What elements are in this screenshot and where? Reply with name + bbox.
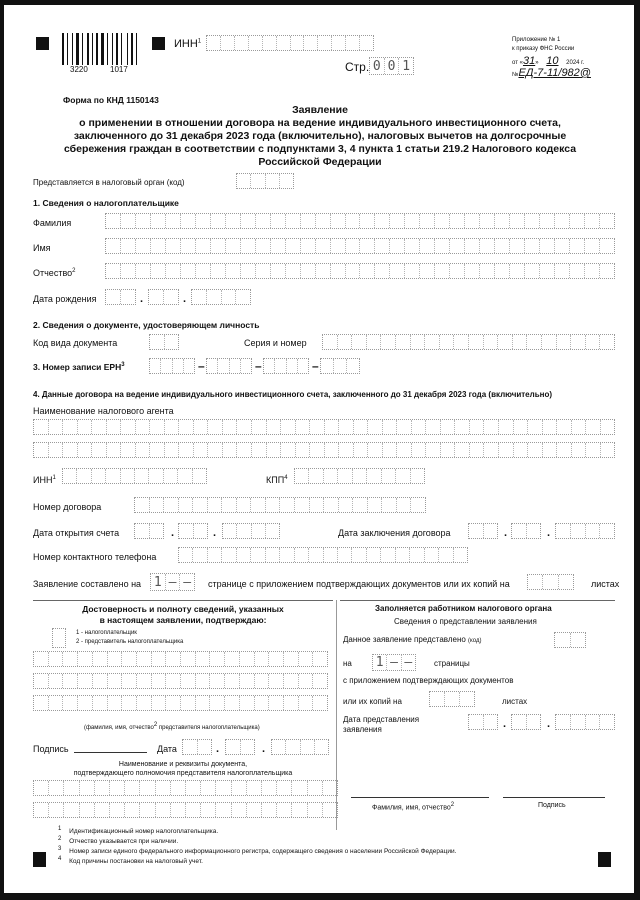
- input-cell[interactable]: [216, 803, 231, 817]
- input-cell[interactable]: [269, 652, 284, 666]
- input-cell[interactable]: [193, 469, 206, 483]
- submission-method-field[interactable]: [554, 632, 586, 648]
- submission-day-field[interactable]: [468, 714, 498, 730]
- input-cell[interactable]: [396, 335, 411, 349]
- input-cell[interactable]: [34, 420, 49, 434]
- input-cell[interactable]: [425, 548, 439, 562]
- input-cell[interactable]: [585, 214, 600, 228]
- series-number-field[interactable]: [322, 334, 615, 350]
- input-cell[interactable]: [316, 214, 331, 228]
- input-cell[interactable]: [338, 469, 352, 483]
- input-cell[interactable]: [263, 36, 277, 50]
- input-cell[interactable]: [49, 781, 64, 795]
- input-cell[interactable]: [63, 696, 78, 710]
- input-cell[interactable]: [465, 239, 480, 253]
- input-cell[interactable]: [555, 239, 570, 253]
- agent-name-field-row-2[interactable]: [33, 442, 615, 458]
- input-cell[interactable]: [281, 443, 296, 457]
- input-cell[interactable]: [346, 36, 360, 50]
- input-cell[interactable]: [271, 264, 286, 278]
- doc-code-field[interactable]: [149, 334, 179, 350]
- input-cell[interactable]: [324, 498, 339, 512]
- input-cell[interactable]: [346, 264, 361, 278]
- input-cell[interactable]: [34, 443, 49, 457]
- representative-fio-row-1[interactable]: [33, 651, 328, 667]
- contract-year-field[interactable]: [555, 523, 615, 539]
- input-cell[interactable]: [315, 740, 328, 754]
- account-open-year-field[interactable]: [222, 523, 280, 539]
- input-cell[interactable]: [223, 420, 238, 434]
- input-cell[interactable]: [236, 290, 250, 304]
- input-cell[interactable]: [339, 498, 354, 512]
- input-cell[interactable]: [277, 803, 292, 817]
- input-cell[interactable]: [122, 696, 137, 710]
- input-cell[interactable]: [136, 420, 151, 434]
- input-cell[interactable]: [298, 359, 308, 373]
- input-cell[interactable]: [225, 696, 240, 710]
- input-cell[interactable]: [151, 264, 166, 278]
- input-cell[interactable]: [92, 420, 107, 434]
- input-cell[interactable]: [555, 633, 571, 647]
- input-cell[interactable]: [601, 443, 615, 457]
- input-cell[interactable]: [269, 674, 284, 688]
- input-cell[interactable]: [150, 359, 161, 373]
- input-cell[interactable]: [266, 174, 280, 188]
- input-cell[interactable]: [469, 335, 484, 349]
- input-cell[interactable]: [396, 548, 410, 562]
- input-cell[interactable]: [470, 420, 485, 434]
- input-cell[interactable]: [528, 420, 543, 434]
- input-cell[interactable]: [183, 740, 198, 754]
- input-cell[interactable]: [135, 524, 150, 538]
- input-cell[interactable]: [237, 420, 252, 434]
- input-cell[interactable]: [600, 715, 614, 729]
- input-cell[interactable]: [352, 335, 367, 349]
- input-cell[interactable]: [397, 498, 412, 512]
- representative-fio-row-3[interactable]: [33, 695, 328, 711]
- input-cell[interactable]: [208, 443, 223, 457]
- input-cell[interactable]: [223, 443, 238, 457]
- input-cell[interactable]: [121, 420, 136, 434]
- input-cell[interactable]: [556, 524, 571, 538]
- input-cell[interactable]: [249, 36, 263, 50]
- input-cell[interactable]: [586, 443, 601, 457]
- input-cell[interactable]: [49, 696, 64, 710]
- input-cell[interactable]: [390, 214, 405, 228]
- input-cell[interactable]: [211, 214, 226, 228]
- input-cell[interactable]: [80, 781, 95, 795]
- input-cell[interactable]: [252, 443, 267, 457]
- name-field[interactable]: [105, 238, 615, 254]
- input-cell[interactable]: [106, 264, 121, 278]
- input-cell[interactable]: [107, 443, 122, 457]
- input-cell[interactable]: [338, 335, 353, 349]
- input-cell[interactable]: 0: [385, 58, 400, 74]
- input-cell[interactable]: [49, 803, 64, 817]
- input-cell[interactable]: [420, 239, 435, 253]
- input-cell[interactable]: [292, 803, 307, 817]
- input-cell[interactable]: [247, 803, 262, 817]
- input-cell[interactable]: [440, 335, 455, 349]
- input-cell[interactable]: [208, 548, 222, 562]
- input-cell[interactable]: [64, 803, 79, 817]
- input-cell[interactable]: [149, 290, 164, 304]
- input-cell[interactable]: [207, 359, 218, 373]
- input-cell[interactable]: [221, 36, 235, 50]
- input-cell[interactable]: [122, 674, 137, 688]
- account-open-month-field[interactable]: [178, 523, 208, 539]
- signature-line[interactable]: [74, 752, 147, 753]
- input-cell[interactable]: [571, 335, 586, 349]
- input-cell[interactable]: [198, 740, 212, 754]
- input-cell[interactable]: [237, 498, 252, 512]
- input-cell[interactable]: [347, 359, 359, 373]
- input-cell[interactable]: [405, 264, 420, 278]
- input-cell[interactable]: [382, 498, 397, 512]
- input-cell[interactable]: [390, 239, 405, 253]
- signature-year-field[interactable]: [271, 739, 329, 755]
- input-cell[interactable]: [150, 420, 165, 434]
- input-cell[interactable]: [156, 781, 171, 795]
- input-cell[interactable]: [232, 803, 247, 817]
- input-cell[interactable]: [135, 498, 150, 512]
- input-cell[interactable]: [108, 652, 123, 666]
- signer-type-field[interactable]: [52, 628, 66, 648]
- input-cell[interactable]: [137, 652, 152, 666]
- input-cell[interactable]: [80, 803, 95, 817]
- input-cell[interactable]: [93, 652, 108, 666]
- input-cell[interactable]: [226, 740, 241, 754]
- input-cell[interactable]: [179, 420, 194, 434]
- input-cell[interactable]: [559, 575, 573, 589]
- input-cell[interactable]: [420, 264, 435, 278]
- input-cell[interactable]: [78, 674, 93, 688]
- input-cell[interactable]: [267, 420, 282, 434]
- input-cell[interactable]: [179, 524, 194, 538]
- submission-year-field[interactable]: [555, 714, 615, 730]
- input-cell[interactable]: [600, 335, 614, 349]
- input-cell[interactable]: [241, 239, 256, 253]
- input-cell[interactable]: [186, 803, 201, 817]
- input-cell[interactable]: [454, 335, 469, 349]
- input-cell[interactable]: [269, 696, 284, 710]
- input-cell[interactable]: [313, 674, 327, 688]
- input-cell[interactable]: [93, 674, 108, 688]
- authority-doc-row-1[interactable]: [33, 780, 338, 796]
- input-cell[interactable]: [108, 696, 123, 710]
- input-cell[interactable]: [528, 443, 543, 457]
- input-cell[interactable]: [106, 239, 121, 253]
- input-cell[interactable]: [382, 469, 396, 483]
- input-cell[interactable]: [542, 335, 557, 349]
- input-cell[interactable]: [495, 214, 510, 228]
- agent-kpp-field[interactable]: [294, 468, 425, 484]
- input-cell[interactable]: [309, 469, 323, 483]
- input-cell[interactable]: [360, 36, 373, 50]
- input-cell[interactable]: [137, 674, 152, 688]
- input-cell[interactable]: [480, 264, 495, 278]
- input-cell[interactable]: [266, 498, 281, 512]
- input-cell[interactable]: [286, 214, 301, 228]
- input-cell[interactable]: [321, 359, 334, 373]
- input-cell[interactable]: [166, 674, 181, 688]
- input-cell[interactable]: [346, 239, 361, 253]
- input-cell[interactable]: [334, 359, 347, 373]
- input-cell[interactable]: [152, 652, 167, 666]
- input-cell[interactable]: [194, 420, 209, 434]
- input-cell[interactable]: [193, 498, 208, 512]
- input-cell[interactable]: [367, 548, 381, 562]
- input-cell[interactable]: [441, 420, 456, 434]
- input-cell[interactable]: [284, 652, 299, 666]
- office-pages-field[interactable]: 1––: [372, 654, 416, 671]
- input-cell[interactable]: [450, 214, 465, 228]
- input-cell[interactable]: [390, 264, 405, 278]
- input-cell[interactable]: [484, 335, 499, 349]
- input-cell[interactable]: [92, 443, 107, 457]
- input-cell[interactable]: [156, 803, 171, 817]
- input-cell[interactable]: [383, 420, 398, 434]
- input-cell[interactable]: [514, 420, 529, 434]
- input-cell[interactable]: [196, 214, 211, 228]
- input-cell[interactable]: [480, 214, 495, 228]
- input-cell[interactable]: [430, 692, 445, 706]
- tax-authority-code-field[interactable]: [236, 173, 294, 189]
- input-cell[interactable]: [570, 214, 585, 228]
- input-cell[interactable]: [527, 715, 541, 729]
- input-cell[interactable]: [295, 498, 310, 512]
- input-cell[interactable]: [121, 214, 136, 228]
- input-cell[interactable]: [166, 696, 181, 710]
- input-cell[interactable]: [235, 36, 249, 50]
- input-cell[interactable]: [296, 443, 311, 457]
- input-cell[interactable]: [450, 239, 465, 253]
- input-cell[interactable]: [110, 781, 125, 795]
- input-cell[interactable]: [543, 575, 558, 589]
- input-cell[interactable]: [540, 214, 555, 228]
- input-cell[interactable]: [186, 781, 201, 795]
- input-cell[interactable]: [247, 781, 262, 795]
- input-cell[interactable]: [586, 335, 601, 349]
- input-cell[interactable]: [367, 335, 382, 349]
- input-cell[interactable]: [226, 239, 241, 253]
- input-cell[interactable]: [525, 239, 540, 253]
- input-cell[interactable]: [331, 239, 346, 253]
- input-cell[interactable]: [525, 264, 540, 278]
- input-cell[interactable]: [585, 264, 600, 278]
- input-cell[interactable]: [78, 443, 93, 457]
- input-cell[interactable]: [543, 420, 558, 434]
- input-cell[interactable]: [173, 359, 184, 373]
- input-cell[interactable]: [272, 740, 286, 754]
- input-cell[interactable]: [556, 715, 571, 729]
- input-cell[interactable]: [571, 524, 586, 538]
- contract-day-field[interactable]: [468, 523, 498, 539]
- representative-fio-row-2[interactable]: [33, 673, 328, 689]
- input-cell[interactable]: [223, 524, 237, 538]
- input-cell[interactable]: [152, 696, 167, 710]
- input-cell[interactable]: [499, 443, 514, 457]
- input-cell[interactable]: [295, 548, 309, 562]
- input-cell[interactable]: [325, 443, 340, 457]
- input-cell[interactable]: [571, 715, 586, 729]
- input-cell[interactable]: [525, 214, 540, 228]
- input-cell[interactable]: [323, 335, 338, 349]
- input-cell[interactable]: [95, 803, 110, 817]
- input-cell[interactable]: [601, 420, 615, 434]
- input-cell[interactable]: [256, 264, 271, 278]
- input-cell[interactable]: [171, 781, 186, 795]
- input-cell[interactable]: [150, 524, 164, 538]
- input-cell[interactable]: [600, 264, 614, 278]
- input-cell[interactable]: [555, 214, 570, 228]
- input-cell[interactable]: [425, 335, 440, 349]
- input-cell[interactable]: [136, 443, 151, 457]
- input-cell[interactable]: [455, 443, 470, 457]
- input-cell[interactable]: [527, 524, 541, 538]
- input-cell[interactable]: [49, 443, 64, 457]
- input-cell[interactable]: [201, 781, 216, 795]
- agent-name-field-row-1[interactable]: [33, 419, 615, 435]
- input-cell[interactable]: –: [387, 655, 401, 670]
- input-cell[interactable]: [125, 781, 140, 795]
- input-cell[interactable]: [121, 290, 135, 304]
- input-cell[interactable]: [469, 524, 484, 538]
- submission-month-field[interactable]: [511, 714, 541, 730]
- input-cell[interactable]: [309, 548, 323, 562]
- input-cell[interactable]: [34, 652, 49, 666]
- surname-field[interactable]: [105, 213, 615, 229]
- input-cell[interactable]: [450, 264, 465, 278]
- input-cell[interactable]: [240, 674, 255, 688]
- input-cell[interactable]: [277, 781, 292, 795]
- input-cell[interactable]: [510, 239, 525, 253]
- input-cell[interactable]: [441, 443, 456, 457]
- input-cell[interactable]: [179, 443, 194, 457]
- input-cell[interactable]: [338, 548, 352, 562]
- input-cell[interactable]: [586, 420, 601, 434]
- input-cell[interactable]: [331, 214, 346, 228]
- page-number-field[interactable]: 001: [369, 57, 414, 75]
- input-cell[interactable]: [572, 420, 587, 434]
- input-cell[interactable]: [122, 652, 137, 666]
- input-cell[interactable]: [368, 443, 383, 457]
- input-cell[interactable]: [296, 420, 311, 434]
- input-cell[interactable]: [484, 715, 498, 729]
- input-cell[interactable]: [178, 469, 192, 483]
- input-cell[interactable]: [107, 420, 122, 434]
- input-cell[interactable]: [165, 335, 179, 349]
- input-cell[interactable]: [53, 629, 65, 647]
- input-cell[interactable]: [557, 443, 572, 457]
- input-cell[interactable]: [528, 575, 543, 589]
- input-cell[interactable]: [63, 443, 78, 457]
- input-cell[interactable]: [585, 239, 600, 253]
- input-cell[interactable]: [600, 214, 614, 228]
- input-cell[interactable]: [218, 359, 229, 373]
- input-cell[interactable]: [165, 420, 180, 434]
- input-cell[interactable]: [286, 264, 301, 278]
- phone-field[interactable]: [178, 547, 468, 563]
- input-cell[interactable]: [375, 214, 390, 228]
- input-cell[interactable]: [310, 420, 325, 434]
- input-cell[interactable]: [439, 548, 453, 562]
- input-cell[interactable]: [301, 264, 316, 278]
- input-cell[interactable]: [301, 214, 316, 228]
- input-cell[interactable]: [241, 740, 255, 754]
- input-cell[interactable]: [280, 174, 293, 188]
- input-cell[interactable]: 1: [373, 655, 387, 670]
- input-cell[interactable]: [164, 290, 178, 304]
- input-cell[interactable]: [136, 264, 151, 278]
- signature-month-field[interactable]: [225, 739, 255, 755]
- input-cell[interactable]: [150, 335, 165, 349]
- input-cell[interactable]: [267, 443, 282, 457]
- input-cell[interactable]: –: [180, 574, 194, 590]
- input-cell[interactable]: [572, 443, 587, 457]
- input-cell[interactable]: [151, 214, 166, 228]
- input-cell[interactable]: [210, 696, 225, 710]
- input-cell[interactable]: [196, 239, 211, 253]
- input-cell[interactable]: [313, 696, 327, 710]
- input-cell[interactable]: [222, 498, 237, 512]
- input-cell[interactable]: [164, 498, 179, 512]
- input-cell[interactable]: [513, 335, 528, 349]
- pages-count-field[interactable]: 1––: [150, 573, 195, 591]
- input-cell[interactable]: [121, 443, 136, 457]
- input-cell[interactable]: [571, 633, 586, 647]
- input-cell[interactable]: [255, 652, 270, 666]
- input-cell[interactable]: [201, 803, 216, 817]
- input-cell[interactable]: [465, 214, 480, 228]
- input-cell[interactable]: [232, 781, 247, 795]
- input-cell[interactable]: [600, 524, 614, 538]
- input-cell[interactable]: [77, 469, 91, 483]
- birth-month-field[interactable]: [148, 289, 179, 305]
- input-cell[interactable]: [125, 803, 140, 817]
- input-cell[interactable]: [454, 548, 467, 562]
- input-cell[interactable]: [241, 359, 251, 373]
- input-cell[interactable]: [346, 214, 361, 228]
- input-cell[interactable]: [184, 359, 194, 373]
- officer-signature-line[interactable]: [503, 797, 605, 798]
- input-cell[interactable]: [470, 443, 485, 457]
- input-cell[interactable]: [181, 652, 196, 666]
- input-cell[interactable]: [241, 264, 256, 278]
- input-cell[interactable]: 1: [151, 574, 166, 590]
- input-cell[interactable]: [280, 498, 295, 512]
- input-cell[interactable]: [121, 264, 136, 278]
- input-cell[interactable]: [397, 420, 412, 434]
- input-cell[interactable]: [266, 548, 280, 562]
- input-cell[interactable]: [318, 36, 332, 50]
- input-cell[interactable]: [368, 420, 383, 434]
- input-cell[interactable]: [514, 443, 529, 457]
- input-cell[interactable]: [166, 214, 181, 228]
- input-cell[interactable]: [299, 696, 314, 710]
- input-cell[interactable]: [181, 696, 196, 710]
- input-cell[interactable]: [251, 498, 266, 512]
- input-cell[interactable]: [266, 524, 279, 538]
- input-cell[interactable]: [194, 524, 208, 538]
- input-cell[interactable]: 0: [370, 58, 385, 74]
- input-cell[interactable]: [484, 420, 499, 434]
- input-cell[interactable]: [310, 443, 325, 457]
- input-cell[interactable]: [586, 524, 601, 538]
- contract-number-field[interactable]: [134, 497, 426, 513]
- input-cell[interactable]: [63, 674, 78, 688]
- input-cell[interactable]: [600, 239, 614, 253]
